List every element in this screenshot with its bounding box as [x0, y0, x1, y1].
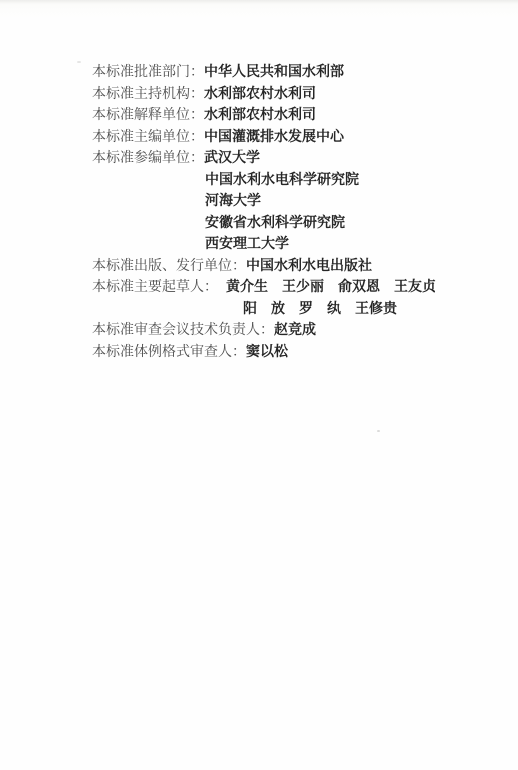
line-label: 本标准主编单位： — [92, 130, 204, 145]
line-value: 水利部农村水利司 — [204, 85, 316, 101]
line-value: 中华人民共和国水利部 — [204, 63, 344, 79]
scan-speck — [240, 149, 243, 151]
line-participating-unit-3: 河海大学 — [92, 190, 492, 212]
line-value: 黄介生 王少丽 俞双恩 王友贞 — [226, 278, 436, 294]
scan-speck — [377, 430, 380, 432]
line-chief-editing-unit: 本标准主编单位：中国灌溉排水发展中心 — [92, 126, 492, 148]
line-review-meeting-technical-director: 本标准审查会议技术负责人：赵竞成 — [92, 319, 492, 341]
line-interpretation-unit: 本标准解释单位：水利部农村水利司 — [92, 104, 492, 126]
line-publisher: 本标准出版、发行单位：中国水利水电出版社 — [92, 255, 492, 277]
line-value: 西安理工大学 — [205, 235, 289, 251]
scanned-document-page: { "document": { "lines": [ { "label": "本… — [0, 0, 518, 770]
line-host-organization: 本标准主持机构：水利部农村水利司 — [92, 83, 492, 105]
line-value: 安徽省水利科学研究院 — [205, 214, 345, 230]
line-label: 本标准主持机构： — [92, 87, 204, 102]
scan-speck — [77, 61, 81, 63]
line-value: 窦以松 — [246, 343, 288, 359]
line-participating-units: 本标准参编单位：武汉大学 — [92, 147, 492, 169]
line-value: 中国灌溉排水发展中心 — [204, 128, 344, 144]
line-main-drafters: 本标准主要起草人：黄介生 王少丽 俞双恩 王友贞 — [92, 276, 492, 298]
line-format-reviewer: 本标准体例格式审查人：窦以松 — [92, 341, 492, 363]
line-label: 本标准出版、发行单位： — [92, 259, 246, 274]
line-label: 本标准体例格式审查人： — [92, 345, 246, 360]
line-label: 本标准批准部门： — [92, 65, 204, 80]
line-value: 中国水利水电科学研究院 — [205, 171, 359, 187]
line-value: 阳 放 罗 纨 王修贵 — [243, 300, 397, 316]
line-value: 河海大学 — [205, 192, 261, 208]
line-label: 本标准主要起草人： — [92, 280, 218, 295]
line-approval-department: 本标准批准部门：中华人民共和国水利部 — [92, 61, 492, 83]
line-value: 水利部农村水利司 — [204, 106, 316, 122]
line-value: 中国水利水电出版社 — [246, 257, 372, 273]
line-label: 本标准参编单位： — [92, 151, 204, 166]
line-value: 武汉大学 — [204, 149, 260, 165]
line-label: 本标准审查会议技术负责人： — [92, 323, 274, 338]
line-participating-unit-2: 中国水利水电科学研究院 — [92, 169, 492, 191]
line-main-drafters-continued: 阳 放 罗 纨 王修贵 — [92, 298, 492, 320]
line-participating-unit-5: 西安理工大学 — [92, 233, 492, 255]
standard-info-block: 本标准批准部门：中华人民共和国水利部 本标准主持机构：水利部农村水利司 本标准解… — [92, 61, 492, 362]
line-label: 本标准解释单位： — [92, 108, 204, 123]
line-participating-unit-4: 安徽省水利科学研究院 — [92, 212, 492, 234]
line-value: 赵竞成 — [274, 321, 316, 337]
